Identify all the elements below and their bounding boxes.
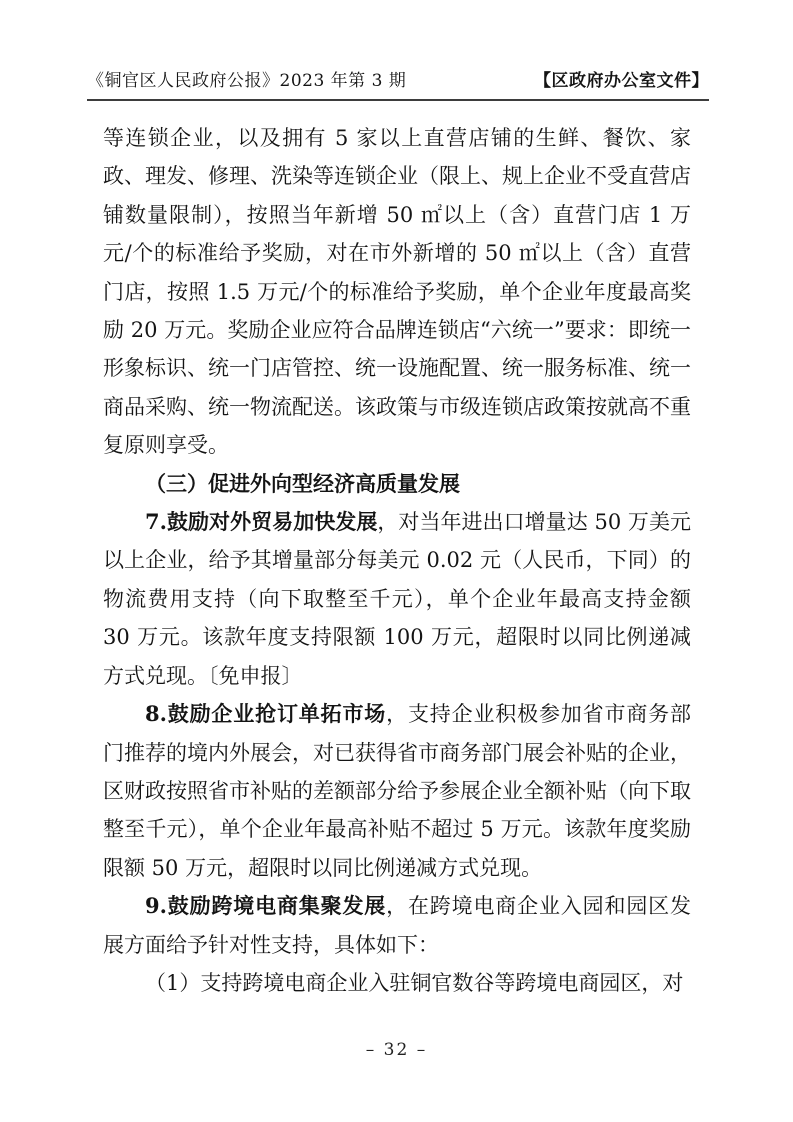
document-body: 等连锁企业，以及拥有 5 家以上直营店铺的生鲜、餐饮、家政、理发、修理、洗染等连… — [103, 119, 691, 1002]
paragraph-text: ，支持企业积极参加省市商务部门推荐的境内外展会，对已获得省市商务部门展会补贴的企… — [103, 702, 691, 880]
header-gazette-title: 《铜官区人民政府公报》2023 年第 3 期 — [87, 66, 406, 91]
paragraph-heading: 9.鼓励跨境电商集聚发展 — [145, 893, 386, 918]
paragraph: 等连锁企业，以及拥有 5 家以上直营店铺的生鲜、餐饮、家政、理发、修理、洗染等连… — [103, 119, 691, 465]
paragraph: 9.鼓励跨境电商集聚发展，在跨境电商企业入园和园区发展方面给予针对性支持，具体如… — [103, 887, 691, 964]
paragraph-heading: 7.鼓励对外贸易加快发展 — [145, 509, 377, 534]
page-footer: – 32 – — [0, 1040, 793, 1060]
header-section-label: 【区政府办公室文件】 — [534, 66, 709, 91]
page-number: – 32 – — [366, 1040, 427, 1060]
paragraph-heading: （三）促进外向型经济高质量发展 — [145, 471, 460, 496]
paragraph-text: ，对当年进出口增量达 50 万美元以上企业，给予其增量部分每美元 0.02 元（… — [103, 510, 691, 688]
paragraph-heading: 8.鼓励企业抢订单拓市场 — [145, 701, 386, 726]
document-page: 《铜官区人民政府公报》2023 年第 3 期 【区政府办公室文件】 等连锁企业，… — [0, 0, 793, 1122]
paragraph: 8.鼓励企业抢订单拓市场，支持企业积极参加省市商务部门推荐的境内外展会，对已获得… — [103, 695, 691, 887]
paragraph-text: （1）支持跨境电商企业入驻铜官数谷等跨境电商园区，对 — [145, 971, 683, 995]
paragraph: （三）促进外向型经济高质量发展 — [103, 465, 691, 503]
page-header: 《铜官区人民政府公报》2023 年第 3 期 【区政府办公室文件】 — [87, 66, 709, 101]
paragraph: （1）支持跨境电商企业入驻铜官数谷等跨境电商园区，对 — [103, 964, 691, 1002]
paragraph-text: 等连锁企业，以及拥有 5 家以上直营店铺的生鲜、餐饮、家政、理发、修理、洗染等连… — [103, 126, 691, 457]
paragraph: 7.鼓励对外贸易加快发展，对当年进出口增量达 50 万美元以上企业，给予其增量部… — [103, 503, 691, 695]
